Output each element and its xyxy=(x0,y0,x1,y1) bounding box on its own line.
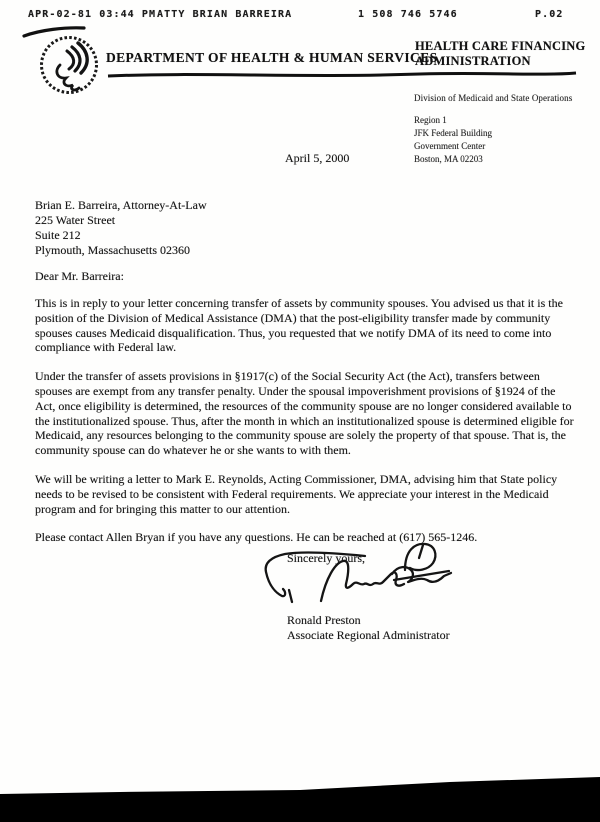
hhs-seal-icon xyxy=(38,34,100,96)
office-address-line: JFK Federal Building xyxy=(414,127,492,140)
letter-date: April 5, 2000 xyxy=(285,151,349,166)
office-address-line: Boston, MA 02203 xyxy=(414,153,492,166)
fax-sender: ATTY BRIAN BARREIRA xyxy=(157,9,292,20)
office-address-line: Government Center xyxy=(414,140,492,153)
office-address-line: Region 1 xyxy=(414,114,492,127)
recipient-line: Plymouth, Massachusetts 02360 xyxy=(35,243,207,258)
scanned-fax-letter-page: APR-02-81 03:44 PM ATTY BRIAN BARREIRA 1… xyxy=(0,0,600,822)
signer-name: Ronald Preston xyxy=(287,613,450,628)
letterhead-rule xyxy=(0,68,600,82)
letter-body: This is in reply to your letter concerni… xyxy=(35,296,575,559)
signer-title: Associate Regional Administrator xyxy=(287,628,450,643)
recipient-address-block: Brian E. Barreira, Attorney-At-Law 225 W… xyxy=(35,198,207,258)
recipient-line: 225 Water Street xyxy=(35,213,207,228)
body-paragraph: Under the transfer of assets provisions … xyxy=(35,369,575,458)
agency-title: HEALTH CARE FINANCING ADMINISTRATION xyxy=(415,39,590,68)
recipient-line: Brian E. Barreira, Attorney-At-Law xyxy=(35,198,207,213)
signature-scribble xyxy=(235,540,465,622)
department-title: DEPARTMENT OF HEALTH & HUMAN SERVICES xyxy=(106,50,438,66)
signer-block: Ronald Preston Associate Regional Admini… xyxy=(287,613,450,643)
fax-timestamp: APR-02-81 03:44 PM xyxy=(28,9,156,20)
office-address-block: Region 1 JFK Federal Building Government… xyxy=(414,114,492,166)
division-name: Division of Medicaid and State Operation… xyxy=(414,93,572,103)
body-paragraph: We will be writing a letter to Mark E. R… xyxy=(35,472,575,516)
salutation: Dear Mr. Barreira: xyxy=(35,269,124,284)
fax-page-number: P.02 xyxy=(535,9,563,20)
fax-phone-number: 1 508 746 5746 xyxy=(358,9,458,20)
scan-edge-artifact xyxy=(0,770,600,822)
body-paragraph: This is in reply to your letter concerni… xyxy=(35,296,575,355)
recipient-line: Suite 212 xyxy=(35,228,207,243)
